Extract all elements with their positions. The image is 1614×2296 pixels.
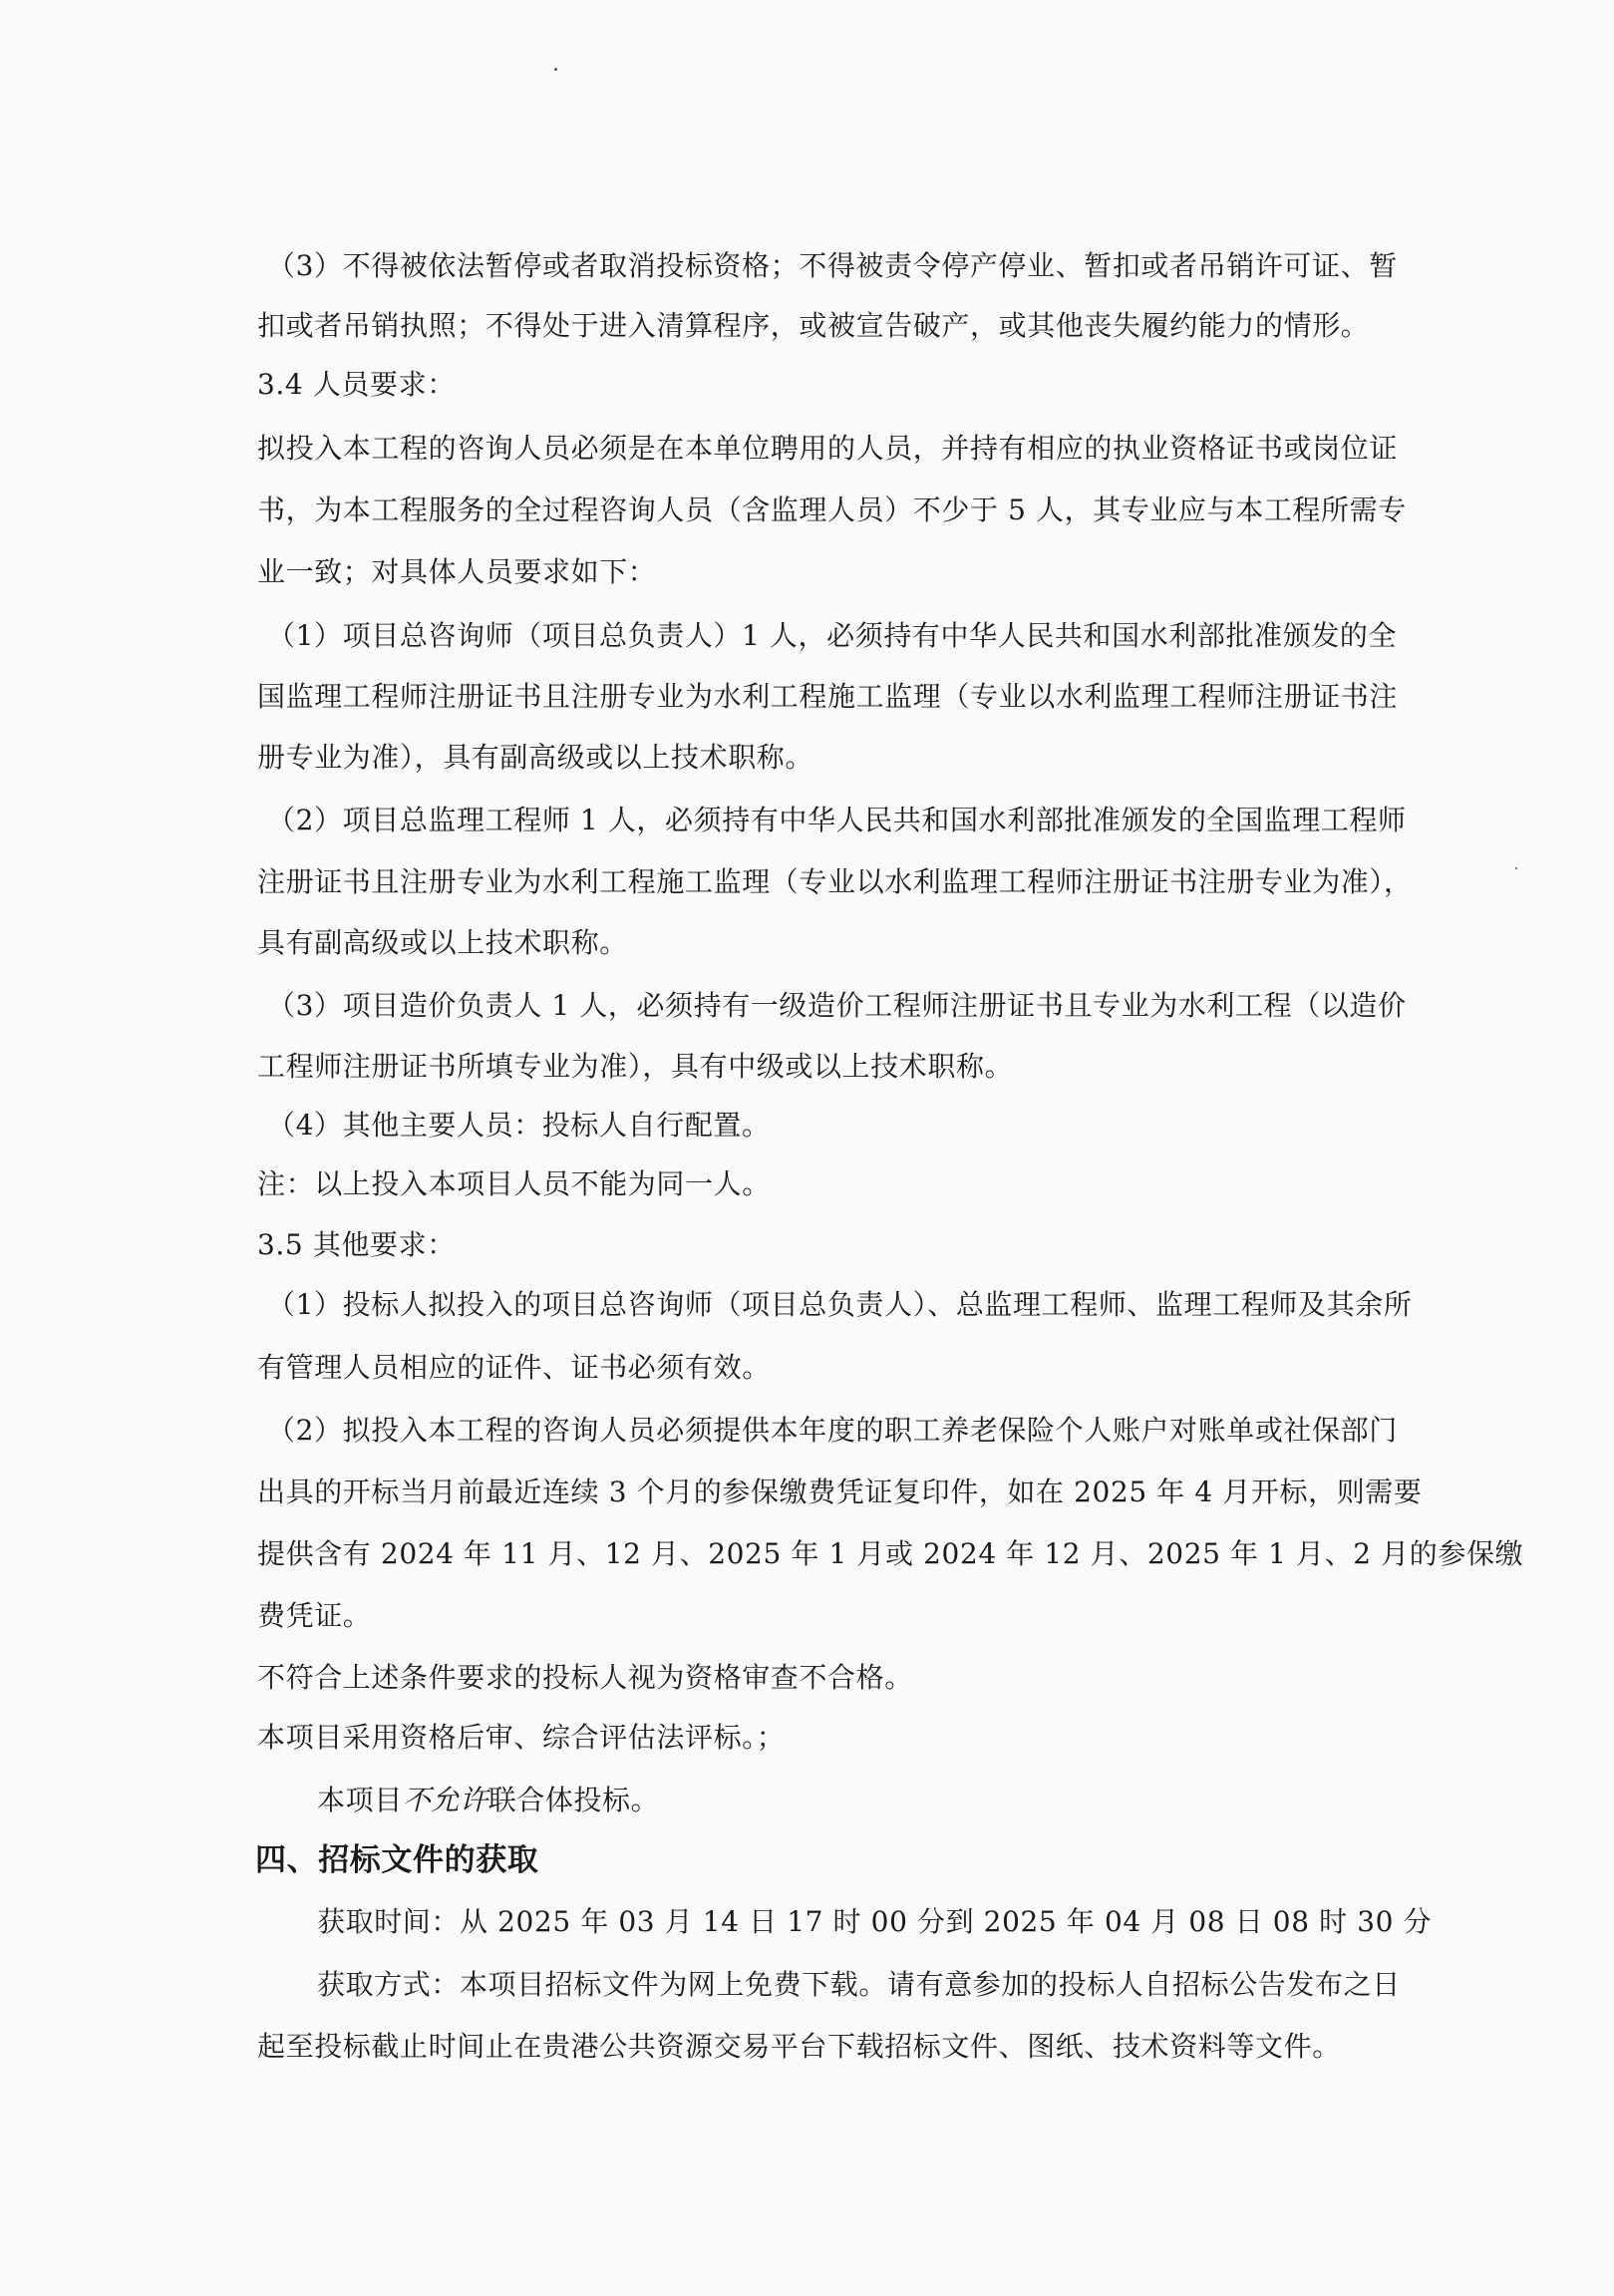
personnel-note: 注：以上投入本项目人员不能为同一人。 [257,1166,1366,1202]
disqualification-note: 不符合上述条件要求的投标人视为资格审查不合格。 [257,1660,1366,1696]
other-req-1-line2: 有管理人员相应的证件、证书必须有效。 [257,1350,1366,1386]
personnel-4: （4）其他主要人员：投标人自行配置。 [267,1108,1376,1144]
requirement-3-line1: （3）不得被依法暂停或者取消投标资格；不得被责令停产停业、暂扣或者吊销许可证、暂 [267,248,1376,284]
consortium-suffix: 联合体投标。 [488,1784,660,1816]
personnel-3-line2: 工程师注册证书所填专业为准），具有中级或以上技术职称。 [257,1049,1366,1085]
personnel-2-line1: （2）项目总监理工程师 1 人，必须持有中华人民共和国水利部批准颁发的全国监理工… [267,803,1376,838]
section-3-5-title: 3.5 其他要求： [257,1227,1366,1263]
personnel-2-line2: 注册证书且注册专业为水利工程施工监理（专业以水利监理工程师注册证书注册专业为准）… [257,864,1366,900]
personnel-2-line3: 具有副高级或以上技术职称。 [257,925,1366,961]
scan-speck [554,68,557,71]
personnel-intro-line2: 书，为本工程服务的全过程咨询人员（含监理人员）不少于 5 人，其专业应与本工程所… [257,492,1366,528]
personnel-intro-line1: 拟投入本工程的咨询人员必须是在本单位聘用的人员，并持有相应的执业资格证书或岗位证 [257,431,1366,467]
personnel-3-line1: （3）项目造价负责人 1 人，必须持有一级造价工程师注册证书且专业为水利工程（以… [267,988,1376,1024]
other-req-1-line1: （1）投标人拟投入的项目总咨询师（项目总负责人）、总监理工程师、监理工程师及其余… [267,1287,1376,1323]
obtain-method-line2: 起至投标截止时间止在贵港公共资源交易平台下载招标文件、图纸、技术资料等文件。 [257,2029,1366,2065]
requirement-3-line2: 扣或者吊销执照；不得处于进入清算程序，或被宣告破产，或其他丧失履约能力的情形。 [257,308,1366,344]
personnel-1-line1: （1）项目总咨询师（项目总负责人）1 人，必须持有中华人民共和国水利部批准颁发的… [267,618,1376,654]
scanned-page: （3）不得被依法暂停或者取消投标资格；不得被责令停产停业、暂扣或者吊销许可证、暂… [0,0,1614,2296]
consortium-emphasis: 不允许 [403,1784,488,1816]
other-req-2-line4: 费凭证。 [257,1598,1366,1634]
consortium-statement: 本项目不允许联合体投标。 [317,1783,1426,1818]
evaluation-method: 本项目采用资格后审、综合评估法评标。； [257,1720,1366,1756]
obtain-method-line1: 获取方式：本项目招标文件为网上免费下载。请有意参加的投标人自招标公告发布之日 [317,1967,1426,2003]
personnel-1-line3: 册专业为准），具有副高级或以上技术职称。 [257,740,1366,776]
scan-speck [1515,867,1517,869]
personnel-1-line2: 国监理工程师注册证书且注册专业为水利工程施工监理（专业以水利监理工程师注册证书注 [257,679,1366,715]
obtain-time: 获取时间：从 2025 年 03 月 14 日 17 时 00 分到 2025 … [317,1904,1426,1940]
section-4-heading: 四、招标文件的获取 [255,1840,538,1880]
other-req-2-line3: 提供含有 2024 年 11 月、12 月、2025 年 1 月或 2024 年… [257,1536,1366,1572]
section-3-4-title: 3.4 人员要求： [257,367,1366,403]
other-req-2-line1: （2）拟投入本工程的咨询人员必须提供本年度的职工养老保险个人账户对账单或社保部门 [267,1413,1376,1449]
other-req-2-line2: 出具的开标当月前最近连续 3 个月的参保缴费凭证复印件，如在 2025 年 4 … [257,1475,1366,1510]
personnel-intro-line3: 业一致；对具体人员要求如下： [257,554,1366,590]
consortium-prefix: 本项目 [317,1784,403,1816]
